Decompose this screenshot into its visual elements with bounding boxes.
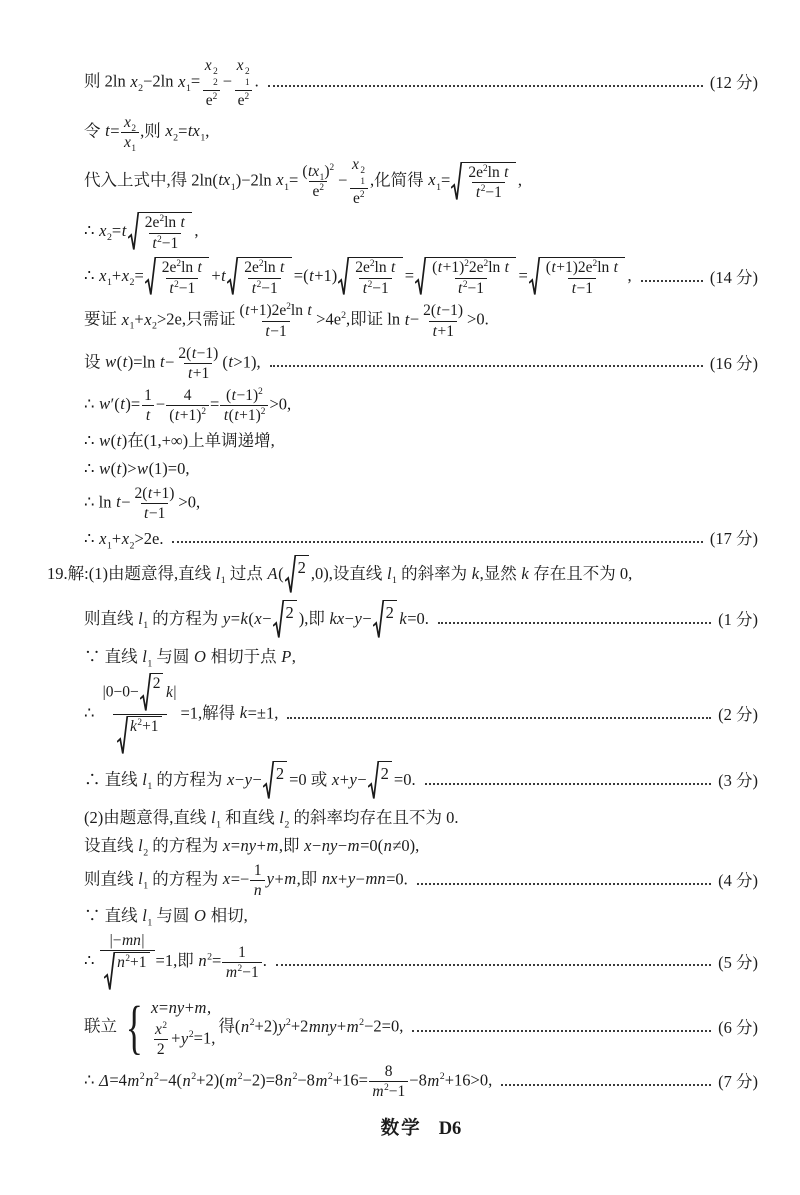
math-content: 设 w(t)=ln t−2(t−1)t+1(t>1),: [84, 345, 261, 382]
fraction: (t−1)2t(t+1)2: [220, 387, 268, 424]
square-root: 2: [273, 600, 297, 640]
solution-line: 令 t=x2x1,则 x2=tx1,: [84, 114, 758, 151]
score-marker: (16 分): [710, 353, 758, 374]
numerator: (t+1)22e2ln t: [429, 259, 512, 277]
fraction: 1t: [141, 387, 155, 424]
superscript: 2: [213, 91, 218, 101]
solution-line: ∴ x1+x2=2e2ln tt2−1+t2e2ln tt2−1=(t+1)2e…: [84, 257, 758, 297]
radical-icon: [368, 761, 379, 801]
solution-line: ∴ ln t−2(t+1)t−1>0,: [84, 485, 758, 522]
footer-code: D6: [439, 1119, 462, 1140]
solution-line: ∴ Δ=4m2n2−4(n2+2)(m2−2)=8n2−8m2+16=8m2−1…: [84, 1063, 758, 1100]
math-content: 联立{x=ny+m,x22+y2=1,得(n2+2)y2+2mny+m2−2=0…: [84, 997, 403, 1058]
solution-line: ∴ w′(t)=1t−4(t+1)2=(t−1)2t(t+1)2>0,: [84, 387, 758, 424]
fraction: 2e2ln tt2−1: [352, 259, 399, 296]
denominator: t(t+1)2: [220, 405, 268, 424]
subscript: 1: [216, 819, 221, 830]
square-root: 2: [373, 600, 397, 640]
numerator: 2(t−1): [420, 302, 466, 320]
system-row: x22+y2=1,: [151, 1021, 216, 1058]
superscript: 2: [481, 184, 486, 194]
subscript: 2: [173, 132, 178, 143]
subscript: 2: [130, 540, 135, 551]
dotted-leader: [438, 616, 711, 624]
radicand: 2: [151, 673, 164, 713]
subscript: 2: [138, 83, 143, 94]
fraction: 8m2−1: [369, 1063, 408, 1100]
denominator: t+1: [429, 321, 457, 340]
numerator: x2: [152, 1021, 171, 1039]
square-root: 2e2ln tt2−1: [227, 257, 292, 297]
score-marker: (7 分): [718, 1071, 758, 1092]
numerator: 1: [235, 944, 249, 962]
subscript: 1: [392, 575, 397, 586]
superscript: 2: [440, 1071, 445, 1082]
math-content: 要证 x1+x2>2e,只需证(t+1)2e2ln tt−1>4e2,即证 ln…: [84, 302, 489, 339]
score-marker: (2 分): [718, 704, 758, 725]
denominator: (t+1)2: [166, 405, 209, 424]
math-content: ∵ 直线 l1 与圆 O 相切,: [84, 905, 248, 926]
solution-lines: 则 2ln x2−2ln x1=x22e2−x21e2.(12 分)令 t=x2…: [84, 57, 758, 1100]
subscript: 1: [186, 83, 191, 94]
denominator: t−1: [141, 503, 169, 522]
score-marker: (5 分): [718, 952, 758, 973]
system-row: x=ny+m,: [151, 997, 216, 1018]
superscript: 2: [238, 1071, 243, 1082]
superscript: 2: [261, 407, 266, 417]
brace-icon: {: [126, 1004, 143, 1052]
dotted-leader: [641, 273, 703, 281]
radicand: 2: [274, 761, 287, 801]
math-content: ∴ 直线 l1 的方程为 x−y−2=0 或 x+y−2=0.: [84, 761, 416, 801]
subscript: 1: [147, 781, 152, 792]
radicand: 2e2ln tt2−1: [238, 257, 292, 297]
fraction: 4(t+1)2: [166, 387, 209, 424]
denominator: e2: [235, 90, 253, 109]
subscript: 2: [107, 233, 112, 244]
fraction: (t+1)2e2ln tt−1: [543, 259, 622, 296]
solution-line: (2)由题意得,直线 l1 和直线 l2 的斜率均存在且不为 0.: [84, 806, 758, 829]
subscript: 1: [231, 182, 236, 193]
subscript: 1: [147, 658, 152, 669]
fraction: (tx1)2e2: [299, 163, 337, 200]
solution-line: ∴ w(t)在(1,+∞)上单调递增,: [84, 429, 758, 452]
denominator: t2−1: [359, 278, 391, 297]
denominator: t2−1: [166, 278, 198, 297]
radical-icon: [227, 257, 238, 297]
square-root: 2e2ln tt2−1: [145, 257, 210, 297]
square-root: 2: [263, 761, 287, 801]
denominator: m2−1: [222, 962, 261, 981]
math-content: ∴ |0−0−2k|k2+1=1,解得 k=±1,: [84, 673, 278, 756]
radicand: (t+1)2e2ln tt−1: [540, 257, 626, 297]
square-root: (t+1)22e2ln tt2−1: [415, 257, 516, 297]
dotted-leader: [270, 359, 703, 367]
numerator: 2(t−1): [175, 345, 221, 363]
math-content: ∴ w(t)>w(1)=0,: [84, 458, 189, 479]
superscript: 2: [464, 259, 469, 269]
denominator: t−1: [568, 278, 596, 297]
solution-line: ∵ 直线 l1 与圆 O 相切于点 P,: [84, 645, 758, 668]
denominator: e2: [350, 188, 368, 207]
solution-line: ∴ |0−0−2k|k2+1=1,解得 k=±1,(2 分): [84, 673, 758, 756]
superscript: 2: [244, 91, 249, 101]
subscript: 1: [360, 177, 365, 188]
solution-line: 设 w(t)=ln t−2(t−1)t+1(t>1),(16 分): [84, 345, 758, 382]
superscript: 2: [191, 1071, 196, 1082]
numerator: x22: [201, 57, 222, 90]
superscript: 2: [189, 1029, 194, 1040]
fraction: |0−0−2k|k2+1: [100, 673, 180, 756]
superscript: 2: [360, 166, 365, 177]
radical-icon: [285, 555, 296, 595]
numerator: (t+1)2e2ln t: [236, 302, 315, 320]
numerator: 2e2ln t: [159, 259, 206, 277]
math-content: 19.解:(1)由题意得,直线 l1 过点 A(2,0),设直线 l1 的斜率为…: [47, 555, 632, 595]
fraction: x21e2: [348, 156, 369, 208]
numerator: x21: [233, 57, 254, 90]
denominator: t−1: [262, 321, 290, 340]
solution-line: 则 2ln x2−2ln x1=x22e2−x21e2.(12 分): [84, 57, 758, 109]
superscript: 2: [360, 190, 365, 200]
math-content: ∴ x2=t2e2ln tt2−1,: [84, 212, 198, 252]
superscript: 2: [159, 214, 164, 224]
document-page: 则 2ln x2−2ln x1=x22e2−x21e2.(12 分)令 t=x2…: [0, 0, 800, 1195]
math-content: ∴ x1+x2>2e.: [84, 528, 163, 549]
question-line: 19.解:(1)由题意得,直线 l1 过点 A(2,0),设直线 l1 的斜率为…: [84, 555, 758, 595]
math-content: 则直线 l1 的方程为 x=−1ny+m,即 nx+y−mn=0.: [84, 862, 408, 899]
radical-icon: [128, 212, 139, 252]
numerator: 2(t+1): [132, 485, 178, 503]
dotted-leader: [268, 79, 703, 87]
math-content: ∴ x1+x2=2e2ln tt2−1+t2e2ln tt2−1=(t+1)2e…: [84, 257, 632, 297]
superscript: 2: [125, 954, 130, 964]
math-content: ∴ ln t−2(t+1)t−1>0,: [84, 485, 200, 522]
fraction: x22: [152, 1021, 171, 1058]
dotted-leader: [287, 710, 711, 718]
superscript: 2: [292, 1071, 297, 1082]
dotted-leader: [425, 777, 712, 785]
denominator: n: [250, 880, 265, 899]
subscript: 2: [152, 321, 157, 332]
denominator: m2−1: [369, 1081, 408, 1100]
superscript: 2: [593, 259, 598, 269]
score-marker: (4 分): [718, 870, 758, 891]
radicand: 2e2ln tt2−1: [139, 212, 193, 252]
fraction: 2(t−1)t+1: [175, 345, 221, 382]
solution-line: 则直线 l1 的方程为 y=k(x−2),即 kx−y−2k=0.(1 分): [84, 600, 758, 640]
square-root: (t+1)2e2ln tt−1: [529, 257, 626, 297]
superscript: 2: [384, 1083, 389, 1093]
subscript: 1: [107, 278, 112, 289]
math-content: 则直线 l1 的方程为 y=k(x−2),即 kx−y−2k=0.: [84, 600, 429, 640]
math-content: 设直线 l2 的方程为 x=ny+m,即 x−ny−m=0(n≠0),: [84, 835, 419, 856]
denominator: n2+1: [100, 950, 155, 992]
superscript: 2: [154, 1071, 159, 1082]
fraction: 1n: [250, 862, 265, 899]
sub-sup-stack: 21: [244, 67, 251, 88]
radical-icon: [263, 761, 274, 801]
math-content: ∵ 直线 l1 与圆 O 相切于点 P,: [84, 646, 296, 667]
fraction: 2e2ln tt2−1: [142, 214, 189, 251]
superscript: 2: [162, 1021, 167, 1031]
denominator: 2: [154, 1039, 168, 1058]
superscript: 2: [368, 279, 373, 289]
radical-icon: [104, 952, 115, 992]
superscript: 2: [137, 718, 142, 728]
subscript: 2: [284, 819, 289, 830]
denominator: e2: [309, 181, 327, 200]
math-content: 代入上式中,得 2ln(tx1)−2ln x1=(tx1)2e2−x21e2,化…: [84, 156, 522, 208]
superscript: 2: [483, 163, 488, 173]
superscript: 2: [174, 279, 179, 289]
radical-icon: [140, 673, 151, 713]
subscript: 2: [213, 78, 218, 89]
fraction: 1m2−1: [222, 944, 261, 981]
radicand: 2e2ln tt2−1: [349, 257, 403, 297]
math-content: ∴ |−mn|n2+1=1,即 n2=1m2−1.: [84, 932, 267, 992]
page-footer: 数学 D6: [84, 1114, 758, 1140]
numerator: 4: [181, 387, 195, 405]
superscript: 2: [176, 259, 181, 269]
radicand: 2e2ln tt2−1: [462, 162, 516, 202]
square-root: 2e2ln tt2−1: [451, 162, 516, 202]
square-root: n2+1: [104, 952, 150, 992]
math-content: 令 t=x2x1,则 x2=tx1,: [84, 114, 209, 151]
numerator: 2e2ln t: [241, 259, 288, 277]
score-marker: (1 分): [718, 609, 758, 630]
fraction: 2(t−1)t+1: [420, 302, 466, 339]
superscript: 2: [463, 279, 468, 289]
dotted-leader: [501, 1078, 711, 1086]
solution-line: 则直线 l1 的方程为 x=−1ny+m,即 nx+y−mn=0.(4 分): [84, 862, 758, 899]
subscript: 1: [436, 182, 441, 193]
superscript: 2: [341, 310, 346, 321]
superscript: 2: [286, 1017, 291, 1028]
solution-line: 设直线 l2 的方程为 x=ny+m,即 x−ny−m=0(n≠0),: [84, 834, 758, 857]
numerator: 1: [251, 862, 265, 880]
denominator: e2: [203, 90, 221, 109]
radical-icon: [415, 257, 426, 297]
numerator: (tx1)2: [299, 163, 337, 181]
equation-system: {x=ny+m,x22+y2=1,: [120, 997, 215, 1058]
system-rows: x=ny+m,x22+y2=1,: [151, 997, 216, 1058]
numerator: 2e2ln t: [465, 164, 512, 182]
fraction: 2e2ln tt2−1: [159, 259, 206, 296]
radical-icon: [117, 716, 128, 756]
subscript: 1: [143, 881, 148, 892]
dotted-leader: [417, 876, 711, 884]
numerator: 1: [141, 387, 155, 405]
numerator: |−mn|: [107, 932, 148, 950]
square-root: 2: [140, 673, 164, 713]
score-marker: (6 分): [718, 1017, 758, 1038]
denominator: x1: [121, 132, 140, 151]
superscript: 2: [207, 951, 212, 962]
subscript: 2: [143, 847, 148, 858]
radicand: 2: [296, 555, 309, 595]
math-content: 则 2ln x2−2ln x1=x22e2−x21e2.: [84, 57, 259, 109]
fraction: |−mn|n2+1: [100, 932, 155, 992]
solution-line: 联立{x=ny+m,x22+y2=1,得(n2+2)y2+2mny+m2−2=0…: [84, 997, 758, 1058]
superscript: 2: [140, 1071, 145, 1082]
fraction: x21e2: [233, 57, 254, 109]
subscript: 1: [129, 321, 134, 332]
denominator: t: [142, 405, 153, 424]
numerator: 2e2ln t: [142, 214, 189, 232]
subscript: 1: [245, 78, 250, 89]
subscript: 1: [143, 620, 148, 631]
square-root: 2e2ln tt2−1: [128, 212, 193, 252]
superscript: 2: [319, 183, 324, 193]
fraction: 2(t+1)t−1: [132, 485, 178, 522]
denominator: t2−1: [248, 278, 280, 297]
radicand: 2e2ln tt2−1: [156, 257, 210, 297]
score-marker: (14 分): [710, 267, 758, 288]
denominator: k2+1: [113, 714, 167, 756]
dotted-leader: [172, 534, 702, 542]
square-root: k2+1: [117, 716, 162, 756]
superscript: 2: [328, 1071, 333, 1082]
superscript: 2: [213, 67, 218, 78]
superscript: 2: [286, 302, 291, 312]
superscript: 2: [238, 963, 243, 973]
superscript: 2: [201, 407, 206, 417]
denominator: t2−1: [455, 278, 487, 297]
square-root: 2e2ln tt2−1: [338, 257, 403, 297]
fraction: 2e2ln tt2−1: [241, 259, 288, 296]
subscript: 1: [107, 540, 112, 551]
radicand: 2: [284, 600, 297, 640]
subscript: 1: [284, 182, 289, 193]
radicand: k2+1: [128, 716, 162, 756]
solution-line: ∴ x1+x2>2e.(17 分): [84, 527, 758, 550]
subscript: 1: [200, 132, 205, 143]
square-root: 2: [285, 555, 309, 595]
score-marker: (3 分): [718, 770, 758, 791]
solution-line: 代入上式中,得 2ln(tx1)−2ln x1=(tx1)2e2−x21e2,化…: [84, 156, 758, 208]
radical-icon: [273, 600, 284, 640]
numerator: 2e2ln t: [352, 259, 399, 277]
dotted-leader: [276, 958, 711, 966]
denominator: t+1: [184, 363, 212, 382]
radical-icon: [529, 257, 540, 297]
score-marker: (12 分): [710, 72, 758, 93]
numerator: |0−0−2k|: [100, 673, 180, 714]
math-content: ∴ w(t)在(1,+∞)上单调递增,: [84, 430, 275, 451]
solution-line: ∴ x2=t2e2ln tt2−1,: [84, 212, 758, 252]
superscript: 2: [245, 67, 250, 78]
footer-subject: 数学: [381, 1114, 422, 1140]
subscript: 1: [221, 575, 226, 586]
math-content: ∴ Δ=4m2n2−4(n2+2)(m2−2)=8n2−8m2+16=8m2−1…: [84, 1063, 492, 1100]
solution-line: 要证 x1+x2>2e,只需证(t+1)2e2ln tt−1>4e2,即证 ln…: [84, 302, 758, 339]
fraction: (t+1)22e2ln tt2−1: [429, 259, 512, 296]
fraction: x22e2: [201, 57, 222, 109]
superscript: 2: [250, 1017, 255, 1028]
sub-sup-stack: 21: [359, 166, 366, 187]
score-marker: (17 分): [710, 528, 758, 549]
denominator: t2−1: [472, 182, 504, 201]
superscript: 2: [484, 259, 489, 269]
denominator: t2−1: [149, 233, 181, 252]
numerator: (t−1)2: [223, 387, 266, 405]
radicand: n2+1: [115, 952, 150, 992]
solution-line: ∴ 直线 l1 的方程为 x−y−2=0 或 x+y−2=0.(3 分): [84, 761, 758, 801]
radicand: (t+1)22e2ln tt2−1: [426, 257, 516, 297]
math-content: (2)由题意得,直线 l1 和直线 l2 的斜率均存在且不为 0.: [84, 807, 458, 828]
square-root: 2: [368, 761, 392, 801]
radical-icon: [451, 162, 462, 202]
dotted-leader: [412, 1024, 711, 1032]
numerator: 8: [382, 1063, 396, 1081]
numerator: (t+1)2e2ln t: [543, 259, 622, 277]
superscript: 2: [157, 234, 162, 244]
fraction: 2e2ln tt2−1: [465, 164, 512, 201]
solution-line: ∵ 直线 l1 与圆 O 相切,: [84, 904, 758, 927]
numerator: x2: [121, 114, 140, 132]
math-content: ∴ w′(t)=1t−4(t+1)2=(t−1)2t(t+1)2>0,: [84, 387, 291, 424]
superscript: 2: [330, 163, 335, 173]
superscript: 2: [258, 387, 263, 397]
fraction: (t+1)2e2ln tt−1: [236, 302, 315, 339]
radicand: 2: [384, 600, 397, 640]
radical-icon: [373, 600, 384, 640]
superscript: 2: [359, 1017, 364, 1028]
radicand: 2: [379, 761, 392, 801]
fraction: x2x1: [121, 114, 140, 151]
superscript: 2: [370, 259, 375, 269]
solution-line: ∴ w(t)>w(1)=0,: [84, 457, 758, 480]
numerator: x21: [348, 156, 369, 189]
superscript: 2: [259, 259, 264, 269]
subscript: 1: [147, 917, 152, 928]
sub-sup-stack: 22: [212, 67, 219, 88]
superscript: 2: [257, 279, 262, 289]
radical-icon: [338, 257, 349, 297]
radical-icon: [145, 257, 156, 297]
solution-line: ∴ |−mn|n2+1=1,即 n2=1m2−1.(5 分): [84, 932, 758, 992]
subscript: 2: [130, 278, 135, 289]
subscript: 1: [131, 144, 136, 154]
